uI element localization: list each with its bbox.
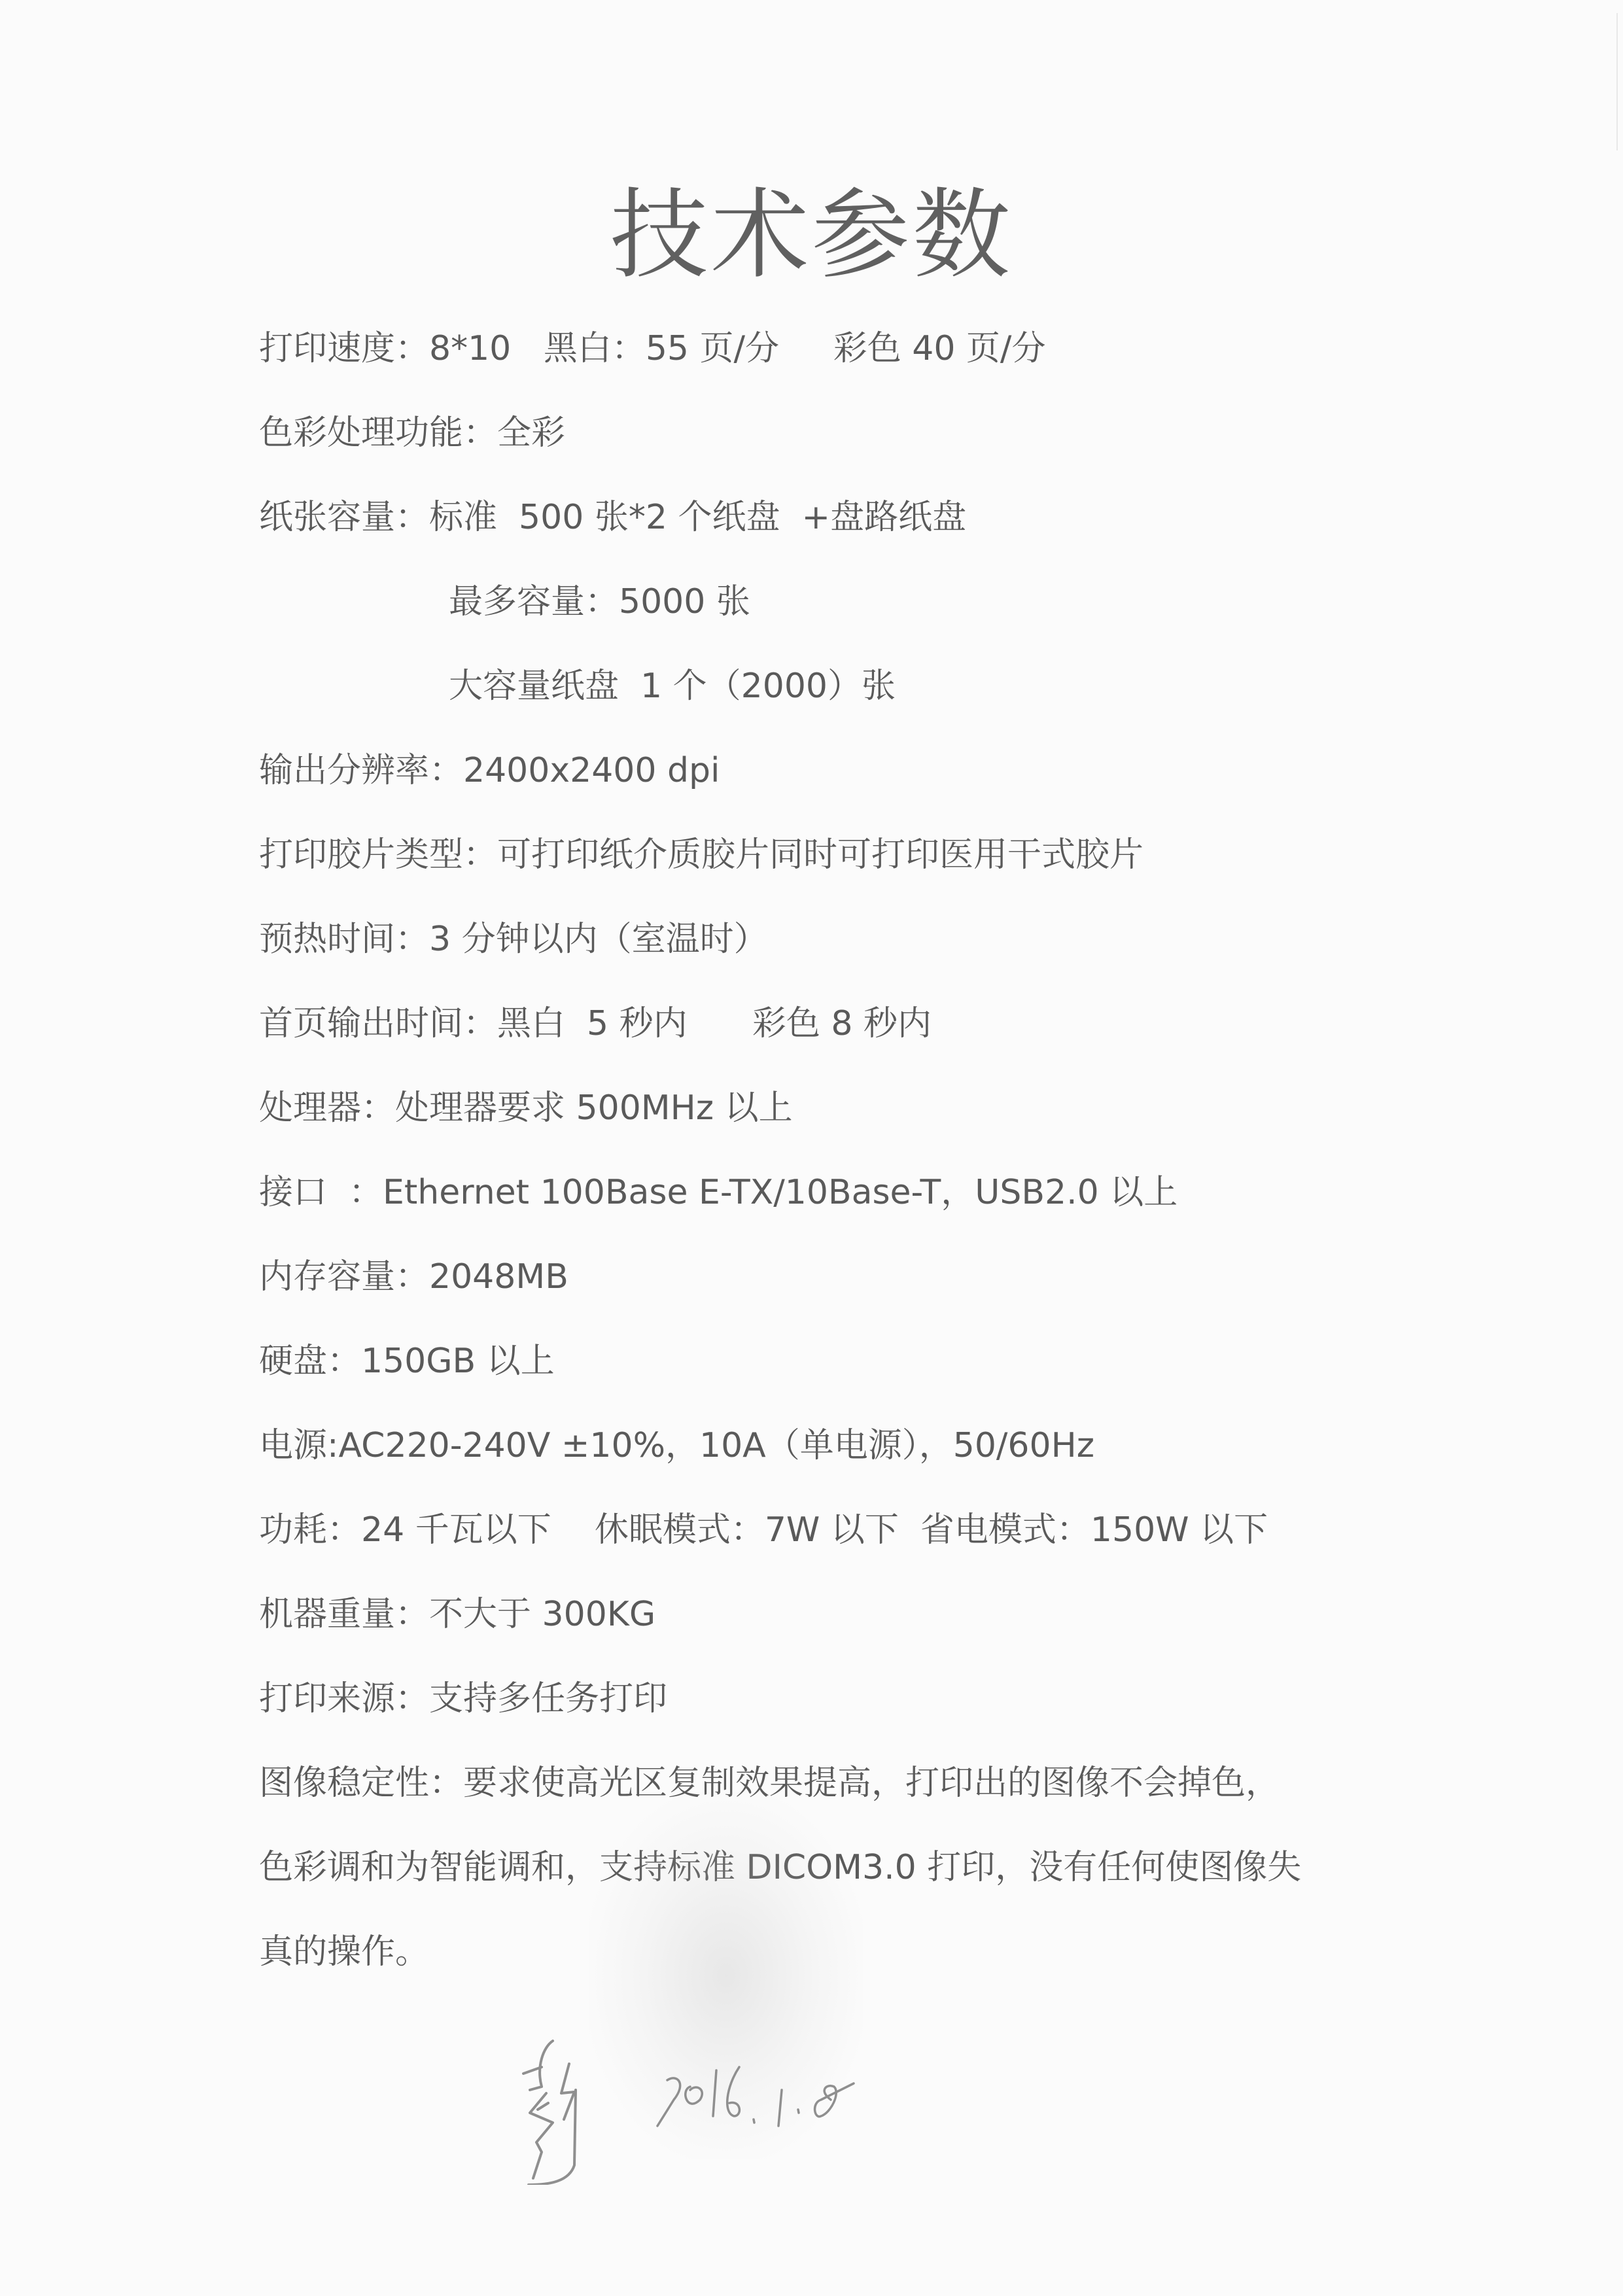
spec-processor: 处理器：处理器要求 500MHz 以上 bbox=[259, 1085, 793, 1131]
spec-first-page-time: 首页输出时间：黑白 5 秒内 彩色 8 秒内 bbox=[259, 1001, 932, 1047]
spec-image-stability-2: 色彩调和为智能调和，支持标准 DICOM3.0 打印，没有任何使图像失 bbox=[259, 1845, 1301, 1890]
spec-print-speed: 打印速度：8*10 黑白：55 页/分 彩色 40 页/分 bbox=[259, 326, 1045, 372]
spec-max-capacity: 最多容量：5000 张 bbox=[449, 579, 750, 625]
document-page: 技术参数 打印速度：8*10 黑白：55 页/分 彩色 40 页/分 色彩处理功… bbox=[0, 0, 1623, 2296]
spec-warmup-time: 预热时间：3 分钟以内（室温时） bbox=[259, 916, 768, 962]
spec-power-supply: 电源:AC220-240V ±10%，10A（单电源），50/60Hz bbox=[259, 1423, 1094, 1469]
scan-edge-artifact bbox=[1616, 13, 1618, 150]
spec-print-source: 打印来源：支持多任务打印 bbox=[259, 1676, 667, 1722]
spec-hard-disk: 硬盘：150GB 以上 bbox=[259, 1338, 555, 1384]
spec-film-type: 打印胶片类型：可打印纸介质胶片同时可打印医用干式胶片 bbox=[259, 832, 1143, 878]
spec-paper-capacity: 纸张容量：标准 500 张*2 个纸盘 +盘路纸盘 bbox=[259, 495, 966, 540]
spec-image-stability-3: 真的操作。 bbox=[259, 1929, 429, 1975]
spec-color-processing: 色彩处理功能：全彩 bbox=[259, 410, 565, 456]
spec-resolution: 输出分辨率：2400x2400 dpi bbox=[259, 748, 720, 793]
spec-interface: 接口 ：Ethernet 100Base E-TX/10Base-T，USB2.… bbox=[259, 1170, 1178, 1215]
spec-memory: 内存容量：2048MB bbox=[259, 1254, 568, 1300]
spec-power-consumption: 功耗：24 千瓦以下 休眠模式：7W 以下 省电模式：150W 以下 bbox=[259, 1507, 1268, 1553]
signature-icon bbox=[491, 2028, 1014, 2185]
spec-image-stability-1: 图像稳定性：要求使高光区复制效果提高，打印出的图像不会掉色， bbox=[259, 1760, 1280, 1806]
page-title: 技术参数 bbox=[0, 177, 1623, 294]
spec-large-tray: 大容量纸盘 1 个（2000）张 bbox=[449, 663, 896, 709]
handwritten-signature-block: 2016.1.8 bbox=[491, 2028, 1014, 2185]
spec-weight: 机器重量：不大于 300KG bbox=[259, 1592, 655, 1637]
